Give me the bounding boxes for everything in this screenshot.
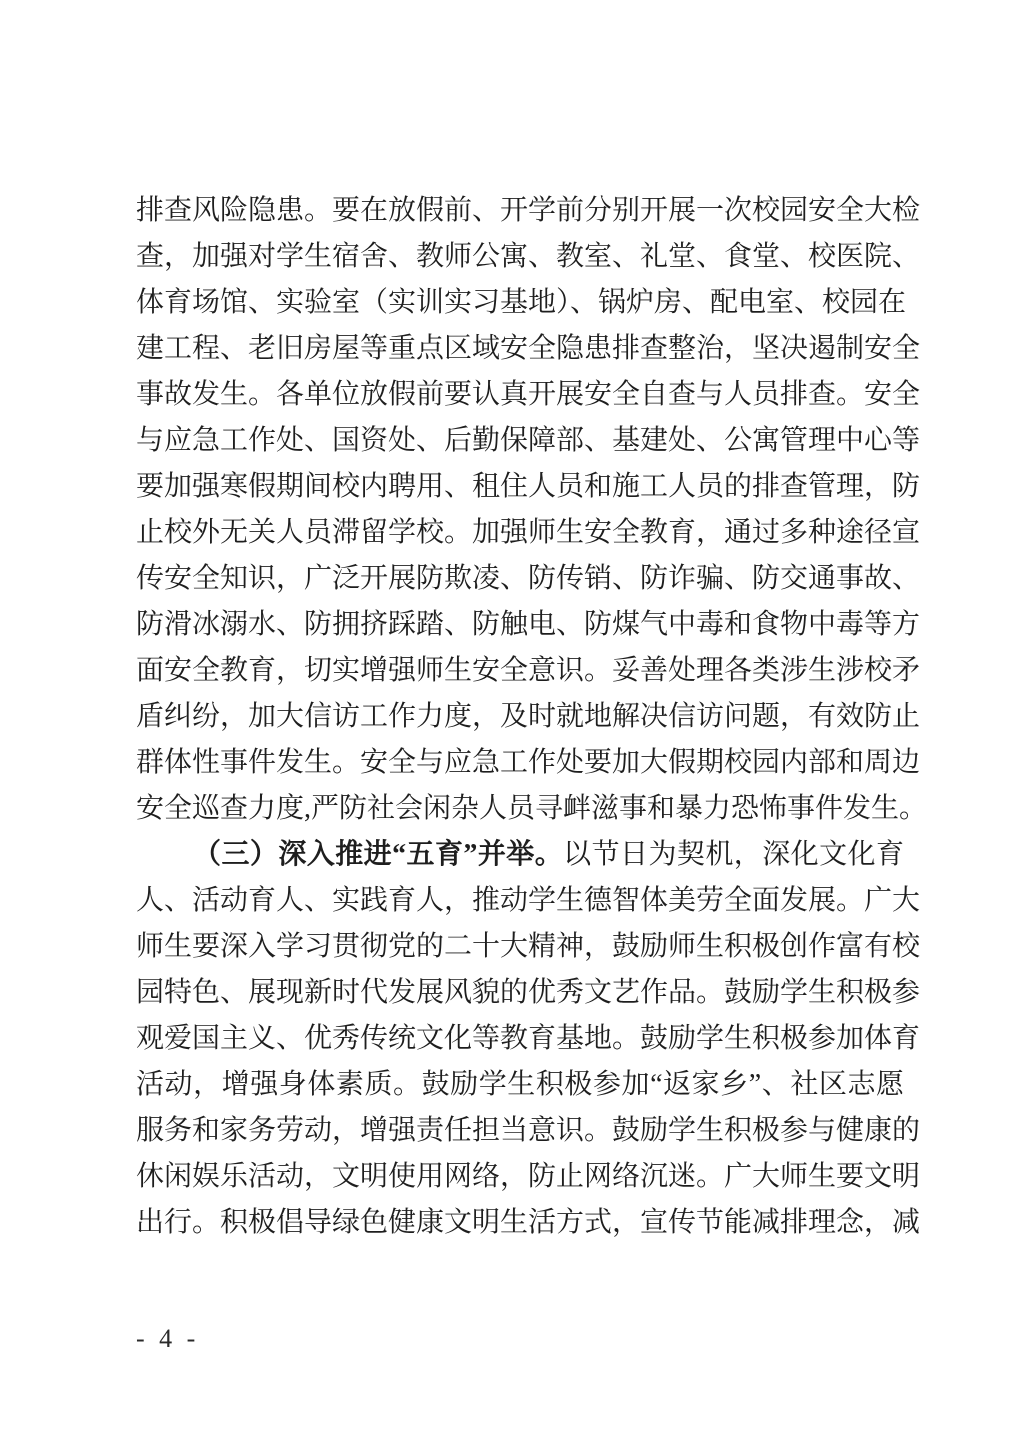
- body-text: 排查风险隐患。要在放假前、开学前分别开展一次校园安全大检 查，加强对学生宿舍、教…: [136, 188, 904, 1246]
- text-line: 体育场馆、实验室（实训实习基地）、锅炉房、配电室、校园在: [136, 280, 904, 326]
- text-line: 服务和家务劳动，增强责任担当意识。鼓励学生积极参与健康的: [136, 1108, 904, 1154]
- text-line: 园特色、展现新时代发展风貌的优秀文艺作品。鼓励学生积极参: [136, 970, 904, 1016]
- text-line: 排查风险隐患。要在放假前、开学前分别开展一次校园安全大检: [136, 188, 904, 234]
- text-line: 盾纠纷，加大信访工作力度，及时就地解决信访问题，有效防止: [136, 694, 904, 740]
- section-heading-line: （三）深入推进“五育”并举。以节日为契机，深化文化育: [136, 832, 904, 878]
- text-line: 人、活动育人、实践育人，推动学生德智体美劳全面发展。广大: [136, 878, 904, 924]
- text-line: 群体性事件发生。安全与应急工作处要加大假期校园内部和周边: [136, 740, 904, 786]
- text-line: 事故发生。各单位放假前要认真开展安全自查与人员排查。安全: [136, 372, 904, 418]
- text-line: 防滑冰溺水、防拥挤踩踏、防触电、防煤气中毒和食物中毒等方: [136, 602, 904, 648]
- text-line: 建工程、老旧房屋等重点区域安全隐患排查整治，坚决遏制安全: [136, 326, 904, 372]
- page-number: - 4 -: [136, 1322, 199, 1356]
- text-line: 要加强寒假期间校内聘用、租住人员和施工人员的排查管理，防: [136, 464, 904, 510]
- text-line: 止校外无关人员滞留学校。加强师生安全教育，通过多种途径宣: [136, 510, 904, 556]
- section-heading-rest: 以节日为契机，深化文化育: [563, 839, 904, 870]
- text-line: 与应急工作处、国资处、后勤保障部、基建处、公寓管理中心等: [136, 418, 904, 464]
- section-heading: （三）深入推进“五育”并举。: [193, 839, 563, 870]
- text-line: 休闲娱乐活动，文明使用网络，防止网络沉迷。广大师生要文明: [136, 1154, 904, 1200]
- text-line: 出行。积极倡导绿色健康文明生活方式，宣传节能减排理念，减: [136, 1200, 904, 1246]
- text-line: 活动，增强身体素质。鼓励学生积极参加“返家乡”、社区志愿: [136, 1062, 904, 1108]
- document-page: 排查风险隐患。要在放假前、开学前分别开展一次校园安全大检 查，加强对学生宿舍、教…: [0, 0, 1024, 1448]
- text-line: 安全巡查力度,严防社会闲杂人员寻衅滋事和暴力恐怖事件发生。: [136, 786, 904, 832]
- text-line: 观爱国主义、优秀传统文化等教育基地。鼓励学生积极参加体育: [136, 1016, 904, 1062]
- text-line: 查，加强对学生宿舍、教师公寓、教室、礼堂、食堂、校医院、: [136, 234, 904, 280]
- text-line: 师生要深入学习贯彻党的二十大精神，鼓励师生积极创作富有校: [136, 924, 904, 970]
- text-line: 面安全教育，切实增强师生安全意识。妥善处理各类涉生涉校矛: [136, 648, 904, 694]
- text-line: 传安全知识，广泛开展防欺凌、防传销、防诈骗、防交通事故、: [136, 556, 904, 602]
